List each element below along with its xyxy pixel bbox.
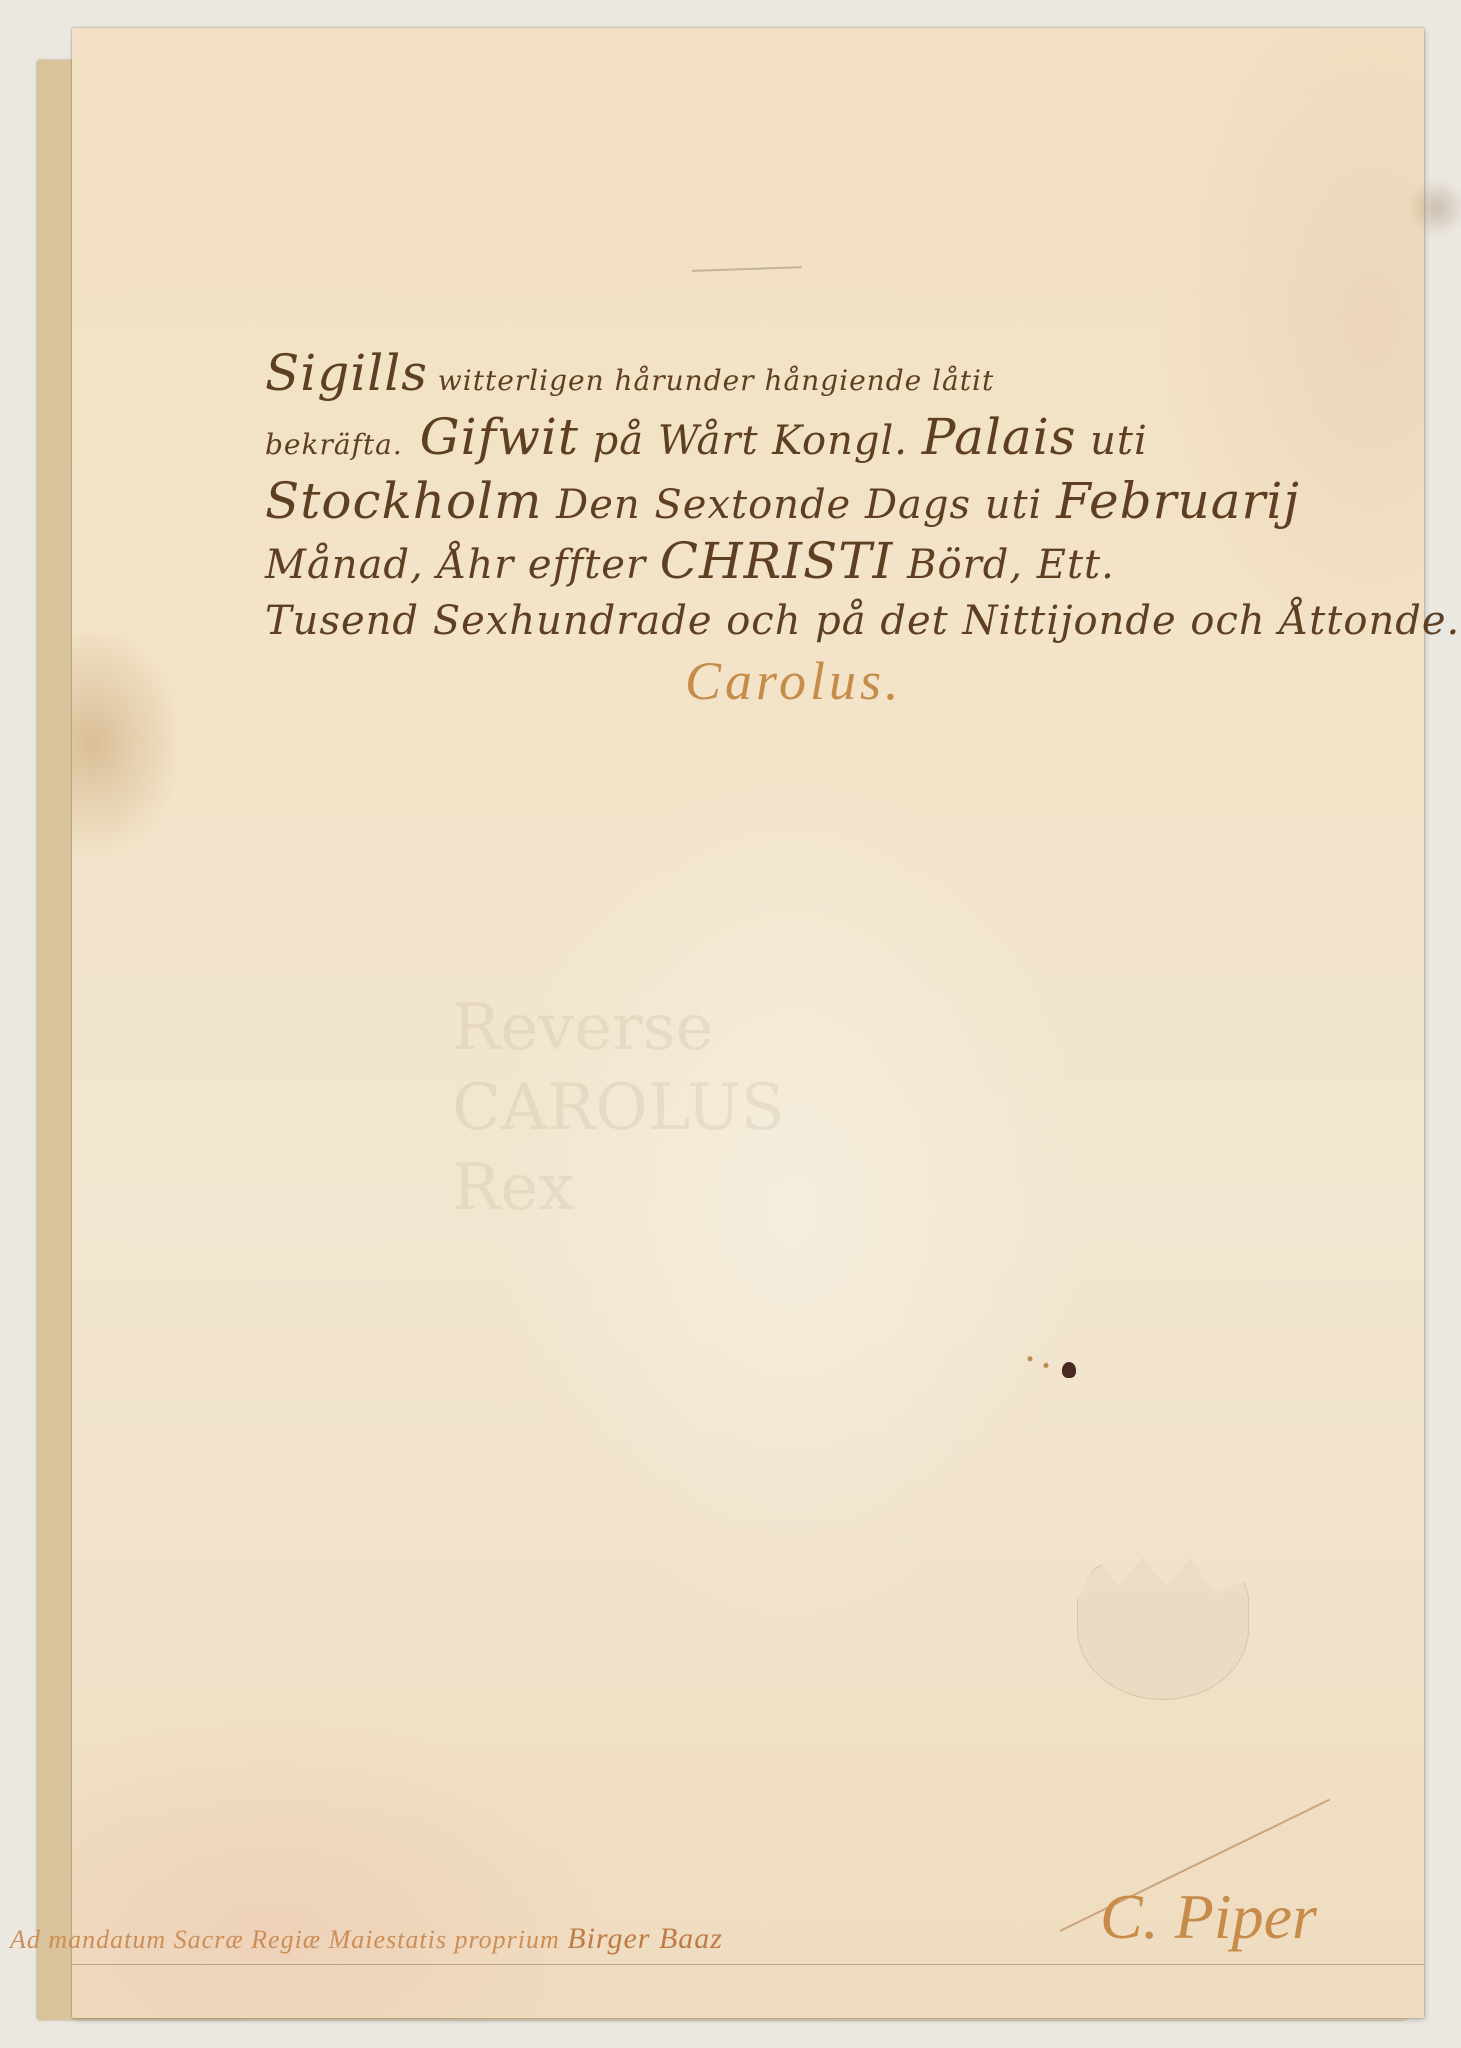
secretary-name: Birger Baaz	[567, 1922, 723, 1955]
letter-body: Sigills witterligen hårunder hångiende l…	[265, 345, 1265, 649]
body-line-4: Månad, Åhr effter CHRISTI Börd, Ett.	[265, 533, 1265, 593]
parchment-page: Reverse CAROLUS Rex	[72, 28, 1424, 2018]
royal-signature: Carolus.	[685, 650, 903, 712]
body-line-2: bekräfta. Gifwit på Wårt Kongl. Palais u…	[265, 409, 1265, 473]
word: Den Sextonde Dags uti	[542, 482, 1056, 528]
word: Stockholm	[265, 472, 542, 530]
word: witterligen hårunder hångiende låtit	[428, 364, 994, 397]
word: uti	[1076, 418, 1147, 464]
word: CHRISTI	[660, 532, 894, 590]
word: Börd, Ett.	[893, 542, 1114, 588]
word: Gifwit	[403, 408, 579, 466]
ghost-line: Reverse	[452, 988, 972, 1068]
seal-impression	[1077, 1558, 1249, 1700]
word: Tusend Sexhundrade och på det Nittijonde…	[265, 598, 1460, 644]
secretary-note: Ad mandatum Sacræ Regiæ Maiestatis propr…	[10, 1922, 723, 1956]
show-through-text: Reverse CAROLUS Rex	[452, 988, 972, 1448]
word: bekräfta.	[265, 428, 403, 461]
body-line-3: Stockholm Den Sextonde Dags uti Februari…	[265, 473, 1265, 533]
body-line-5: Tusend Sexhundrade och på det Nittijonde…	[265, 593, 1265, 649]
body-line-1: Sigills witterligen hårunder hångiende l…	[265, 345, 1265, 409]
fold-line	[72, 1964, 1424, 1965]
word: Sigills	[265, 344, 428, 402]
ghost-line: CAROLUS	[452, 1068, 972, 1148]
countersignature: C. Piper	[1100, 1880, 1317, 1954]
word: Månad, Åhr effter	[265, 542, 660, 588]
ghost-line: Rex	[452, 1148, 972, 1228]
word: Palais	[922, 408, 1077, 466]
ink-blot	[1062, 1362, 1076, 1378]
faint-pen-mark	[692, 266, 802, 280]
water-stain	[72, 633, 177, 893]
note-prefix: Ad mandatum Sacræ Regiæ Maiestatis propr…	[10, 1925, 560, 1954]
corner-stain	[1407, 178, 1461, 238]
word: på Wårt Kongl.	[579, 418, 922, 464]
word: Februarij	[1056, 472, 1300, 530]
ink-flecks	[1022, 1350, 1062, 1372]
